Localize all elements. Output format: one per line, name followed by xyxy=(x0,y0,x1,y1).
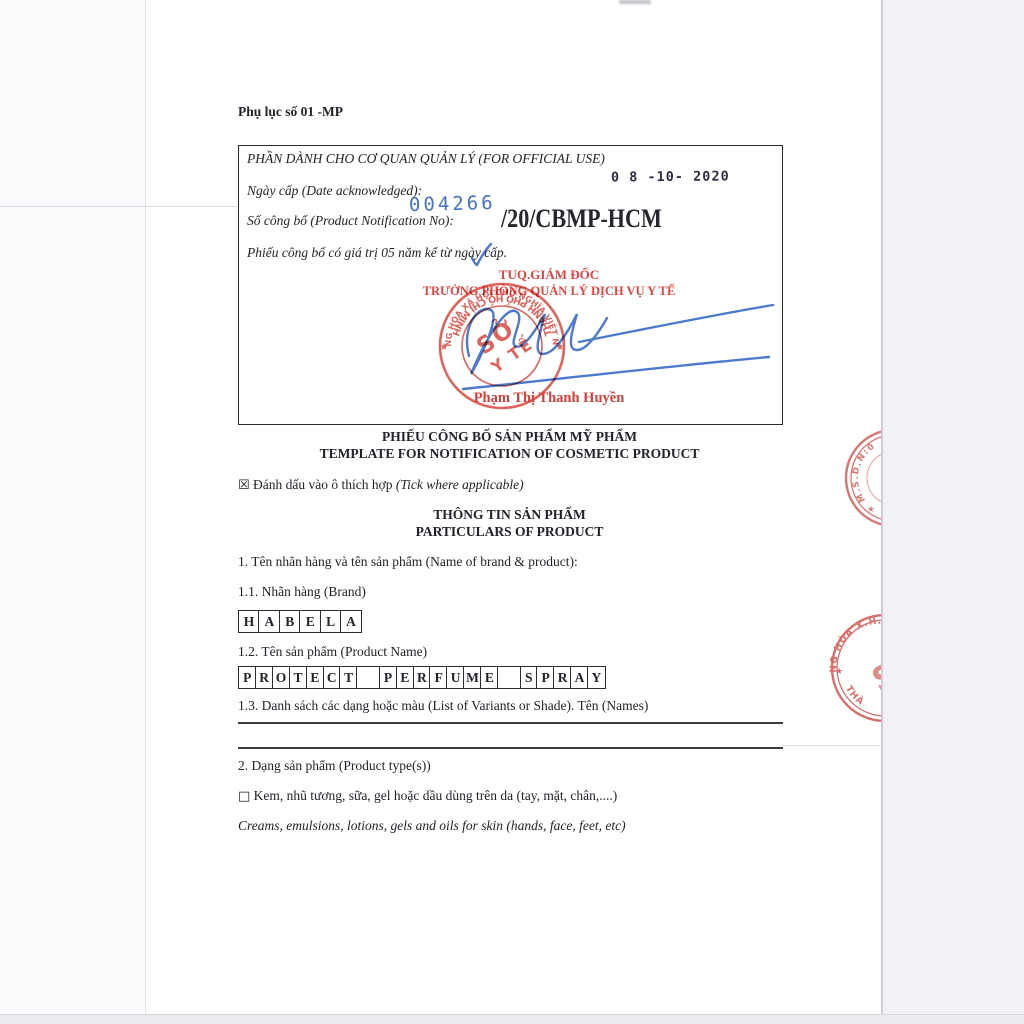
letter-cell: E xyxy=(306,666,325,689)
signer-name: Phạm Thị Thanh Huyền xyxy=(399,390,699,407)
letter-cell: P xyxy=(238,666,257,689)
scan-bottom-edge xyxy=(0,1014,1024,1024)
letter-cell: T xyxy=(289,666,308,689)
letter-cell: E xyxy=(480,666,499,689)
letter-cell: H xyxy=(238,610,260,633)
letter-cell: E xyxy=(299,610,321,633)
letter-cell: C xyxy=(323,666,342,689)
document-title-en: TEMPLATE FOR NOTIFICATION OF COSMETIC PR… xyxy=(238,445,781,462)
product-type-english: Creams, emulsions, lotions, gels and oil… xyxy=(238,818,626,834)
scan-background-right xyxy=(880,0,1024,1024)
item-1-2-label: 1.2. Tên sản phẩm (Product Name) xyxy=(238,644,427,660)
brand-letter-boxes: HABELA xyxy=(238,610,360,633)
letter-cell: M xyxy=(463,666,482,689)
scan-fold-line-right xyxy=(782,745,880,746)
scan-smudge-top xyxy=(619,0,651,4)
letter-cell: R xyxy=(553,666,572,689)
variant-answer-line-2 xyxy=(238,747,783,749)
item-2-heading: 2. Dạng sản phẩm (Product type(s)) xyxy=(238,758,431,774)
item-1-heading: 1. Tên nhãn hàng và tên sản phẩm (Name o… xyxy=(238,554,578,570)
section-title-vi: THÔNG TIN SẢN PHẨM xyxy=(238,506,781,523)
official-use-box: PHẦN DÀNH CHO CƠ QUAN QUẢN LÝ (FOR OFFIC… xyxy=(238,145,783,425)
letter-cell: U xyxy=(446,666,465,689)
variant-answer-line-1 xyxy=(238,722,783,724)
signature-scribble xyxy=(239,146,782,424)
product-type-option-label: Kem, nhũ tương, sữa, gel hoặc dầu dùng t… xyxy=(254,788,618,803)
blank-cell xyxy=(497,666,521,689)
blank-cell xyxy=(356,666,380,689)
letter-cell: T xyxy=(339,666,358,689)
letter-cell: E xyxy=(396,666,415,689)
edge-stamp-lower-star: ★ xyxy=(835,667,843,677)
letter-cell: A xyxy=(340,610,362,633)
signature-long-stroke-2 xyxy=(463,357,769,389)
checked-checkbox-icon: ☒ xyxy=(238,478,250,493)
letter-cell: A xyxy=(258,610,280,633)
empty-checkbox-icon: □ xyxy=(238,789,250,804)
item-1-1-label: 1.1. Nhãn hàng (Brand) xyxy=(238,584,366,600)
edge-stamp-upper-icon: ★ M.S.D.N:0 xyxy=(839,423,883,533)
appendix-label: Phụ lục số 01 -MP xyxy=(238,104,343,120)
scan-fold-line-left xyxy=(0,206,237,207)
letter-cell: P xyxy=(379,666,398,689)
letter-cell: A xyxy=(570,666,589,689)
document-page: Phụ lục số 01 -MP PHẦN DÀNH CHO CƠ QUAN … xyxy=(145,0,883,1024)
letter-cell: P xyxy=(536,666,555,689)
tick-where-applicable-note: ☒ Đánh dấu vào ô thích hợp (Tick where a… xyxy=(238,477,524,493)
edge-stamp-lower-center-text: S xyxy=(866,655,883,699)
signature-long-stroke-1 xyxy=(579,305,773,342)
tick-note-label-en: (Tick where applicable) xyxy=(396,477,524,492)
letter-cell: F xyxy=(429,666,448,689)
section-title: THÔNG TIN SẢN PHẨM PARTICULARS OF PRODUC… xyxy=(238,506,781,540)
section-title-en: PARTICULARS OF PRODUCT xyxy=(238,523,781,540)
document-title-vi: PHIẾU CÔNG BỐ SẢN PHẨM MỸ PHẨM xyxy=(238,428,781,445)
letter-cell: L xyxy=(320,610,342,633)
item-1-3-label: 1.3. Danh sách các dạng hoặc màu (List o… xyxy=(238,698,648,714)
scanned-document-screen: Phụ lục số 01 -MP PHẦN DÀNH CHO CƠ QUAN … xyxy=(0,0,1024,1024)
product-name-letter-boxes: PROTECTPERFUMESPRAY xyxy=(238,666,604,689)
product-type-option: □ Kem, nhũ tương, sữa, gel hoặc dầu dùng… xyxy=(238,788,617,805)
letter-cell: Y xyxy=(587,666,606,689)
document-title: PHIẾU CÔNG BỐ SẢN PHẨM MỸ PHẨM TEMPLATE … xyxy=(238,428,781,462)
letter-cell: B xyxy=(279,610,301,633)
signature-tick-mark xyxy=(472,244,491,265)
tick-note-label-vi: Đánh dấu vào ô thích hợp xyxy=(253,477,392,492)
edge-stamp-lower-icon: CỘNG HÒA X.H.C THÀ ★ S xyxy=(825,608,883,728)
letter-cell: R xyxy=(255,666,274,689)
letter-cell: O xyxy=(272,666,291,689)
letter-cell: S xyxy=(520,666,539,689)
letter-cell: R xyxy=(413,666,432,689)
